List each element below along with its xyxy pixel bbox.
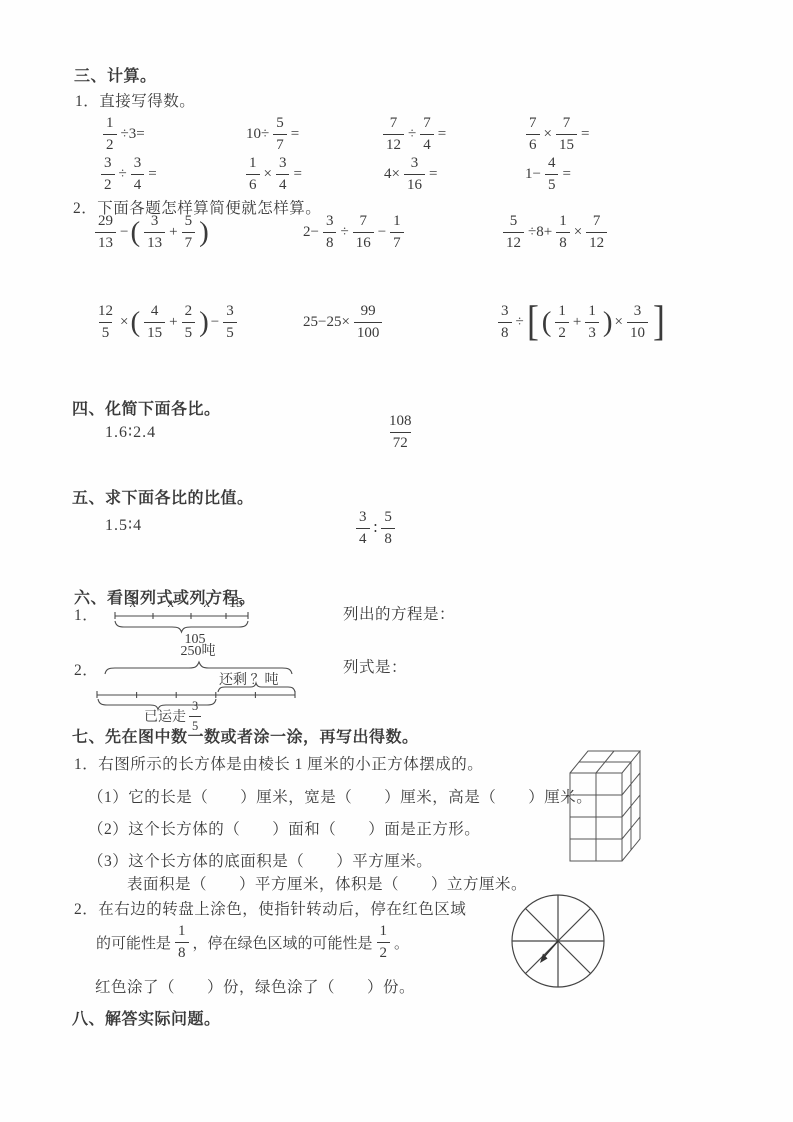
six-answer2-label: 列式是： [343, 655, 407, 677]
six-answer1-label: 列出的方程是： [343, 602, 455, 624]
math-direct-4: 76×715= [523, 112, 590, 156]
spinner-pointer-icon [540, 941, 558, 963]
fraction: 12 [377, 924, 391, 961]
math-text: × [573, 224, 583, 241]
math-text: ÷8+ [527, 224, 553, 241]
seven-q1-line1: （1）它的长是（ ）厘米，宽是（ ）厘米，高是（ ）厘米。 [88, 785, 592, 807]
math-simplify-3: 512÷8+18×712 [500, 204, 610, 260]
math-direct-5: 32÷34= [98, 152, 158, 196]
math-text: + [168, 314, 178, 331]
bracket: ) [603, 308, 613, 337]
fraction: 18 [556, 214, 570, 251]
six-item1-number: 1． [74, 603, 98, 625]
fraction: 18 [175, 924, 189, 961]
fraction: 25 [182, 304, 196, 341]
segment-label-x2: x [168, 596, 174, 612]
ratio-simplify-2: 10872 [383, 410, 418, 454]
math-text: = [437, 126, 447, 143]
math-simplify-5: 25−25×99100 [302, 294, 385, 350]
bar-remaining-label: 还剩 ？吨 [219, 669, 279, 689]
math-text: ÷ [118, 166, 128, 183]
fraction: 34 [276, 156, 290, 193]
bracket: ) [199, 218, 209, 247]
fraction: 76 [526, 116, 540, 153]
fraction: 712 [383, 116, 404, 153]
bracket: [ [527, 301, 539, 343]
fraction: 74 [420, 116, 434, 153]
fraction: 310 [627, 304, 648, 341]
math-direct-3: 712÷74= [380, 112, 447, 156]
math-text: + [572, 314, 582, 331]
fraction: 415 [144, 304, 165, 341]
seven-q1-line2: （2）这个长方体的（ ）面和（ ）面是正方形。 [88, 817, 480, 839]
section-five-heading: 五、求下面各比的比值。 [72, 485, 254, 508]
fraction: 38 [323, 214, 337, 251]
math-text: × [119, 314, 129, 331]
fraction: 32 [101, 156, 115, 193]
math-text: − [119, 224, 129, 241]
fraction: 58 [381, 510, 395, 547]
bracket: ( [130, 218, 140, 247]
section-three-heading: 三、计算。 [74, 63, 157, 86]
section-seven-heading: 七、先在图中数一数或者涂一涂，再写出得数。 [72, 724, 419, 747]
ratio-value-2: 34∶58 [353, 506, 398, 550]
fraction: 34 [131, 156, 145, 193]
fraction: 316 [404, 156, 425, 193]
fraction: 125 [95, 304, 116, 341]
math-simplify-6: 38÷[(12+13)×310] [495, 290, 667, 354]
math-direct-8: 1−45= [524, 152, 572, 196]
seven-q1-line4: 表面积是（ ）平方厘米，体积是（ ）立方厘米。 [127, 872, 527, 894]
fraction: 2913 [95, 214, 116, 251]
spinner-figure [508, 892, 608, 992]
section-eight-heading: 八、解答实际问题。 [72, 1006, 221, 1029]
math-text: = [561, 166, 571, 183]
math-direct-2: 10÷57= [245, 112, 300, 156]
math-direct-6: 16×34= [243, 152, 303, 196]
math-text: = [580, 126, 590, 143]
section-four-heading: 四、化简下面各比。 [72, 396, 221, 419]
fraction: 17 [390, 214, 404, 251]
math-text: 。 [393, 932, 410, 953]
math-text: 2− [302, 224, 320, 241]
math-text: ∶ [373, 519, 379, 538]
math-text: 25−25× [302, 314, 351, 331]
fraction: 57 [273, 116, 287, 153]
bar-diagram-lines [95, 638, 335, 730]
math-direct-1: 12÷3= [100, 112, 146, 156]
math-text: ，停在绿色区域的可能性是 [192, 932, 374, 953]
segment-label-15: 15 [229, 596, 243, 612]
math-direct-7: 4×316= [383, 152, 438, 196]
seven-q1-line3: （3）这个长方体的底面积是（ ）平方厘米。 [88, 849, 432, 871]
math-text: = [147, 166, 157, 183]
worksheet-page: 三、计算。 1．直接写得数。 12÷3= 10÷57= 712÷74= 76×7… [0, 0, 793, 1122]
cuboid-figure [565, 745, 645, 863]
math-text: = [290, 126, 300, 143]
bar-diagram-250t: 250吨 还剩 ？吨 已运走35 [95, 638, 335, 730]
math-simplify-4: 125×(415+25)−35 [92, 294, 240, 350]
math-text: ÷ [339, 224, 349, 241]
seven-q2-line2: 的可能性是18，停在绿色区域的可能性是12。 [95, 920, 410, 964]
fraction: 10872 [386, 414, 415, 451]
math-text: 1− [524, 166, 542, 183]
math-text: = [292, 166, 302, 183]
math-text: ÷ [515, 314, 525, 331]
segment-label-x1: x [130, 596, 136, 612]
math-text: − [210, 314, 220, 331]
bracket: ( [130, 308, 140, 337]
ratio-simplify-1: 1.6∶2.4 [105, 422, 156, 442]
fraction: 712 [586, 214, 607, 251]
fraction: 57 [182, 214, 196, 251]
math-simplify-2: 2−38÷716−17 [302, 204, 407, 260]
fraction: 45 [545, 156, 559, 193]
math-text: 4× [383, 166, 401, 183]
math-text: ÷3= [120, 126, 146, 143]
math-text: 10÷ [245, 126, 270, 143]
fraction: 716 [353, 214, 374, 251]
fraction: 34 [356, 510, 370, 547]
fraction: 35 [223, 304, 237, 341]
segment-label-x3: x [204, 596, 210, 612]
math-text: 的可能性是 [95, 932, 172, 953]
fraction: 12 [103, 116, 117, 153]
bracket: ] [653, 301, 665, 343]
math-text: × [543, 126, 553, 143]
fraction: 12 [555, 304, 569, 341]
ratio-value-1: 1.5∶4 [105, 515, 142, 535]
fraction: 512 [503, 214, 524, 251]
fraction: 715 [556, 116, 577, 153]
math-text: − [377, 224, 387, 241]
fraction: 16 [246, 156, 260, 193]
math-text: 已运走 [143, 706, 187, 726]
math-text: × [614, 314, 624, 331]
seven-q2-line3: 红色涂了（ ）份，绿色涂了（ ）份。 [95, 975, 415, 997]
math-text: × [263, 166, 273, 183]
math-simplify-1: 2913−(313+57) [92, 204, 210, 260]
fraction: 38 [498, 304, 512, 341]
math-text: = [428, 166, 438, 183]
fraction: 99100 [354, 304, 383, 341]
fraction: 13 [585, 304, 599, 341]
seven-q1-intro: 1．右图所示的长方体是由棱长 1 厘米的小正方体摆成的。 [74, 752, 483, 774]
seven-q2-line1: 2．在右边的转盘上涂色，使指针转动后，停在红色区域 [74, 897, 466, 919]
fraction: 313 [144, 214, 165, 251]
bracket: ) [199, 308, 209, 337]
math-text: + [168, 224, 178, 241]
math-text: ÷ [407, 126, 417, 143]
bracket: ( [542, 308, 552, 337]
section-three-sub1: 1．直接写得数。 [75, 89, 195, 111]
